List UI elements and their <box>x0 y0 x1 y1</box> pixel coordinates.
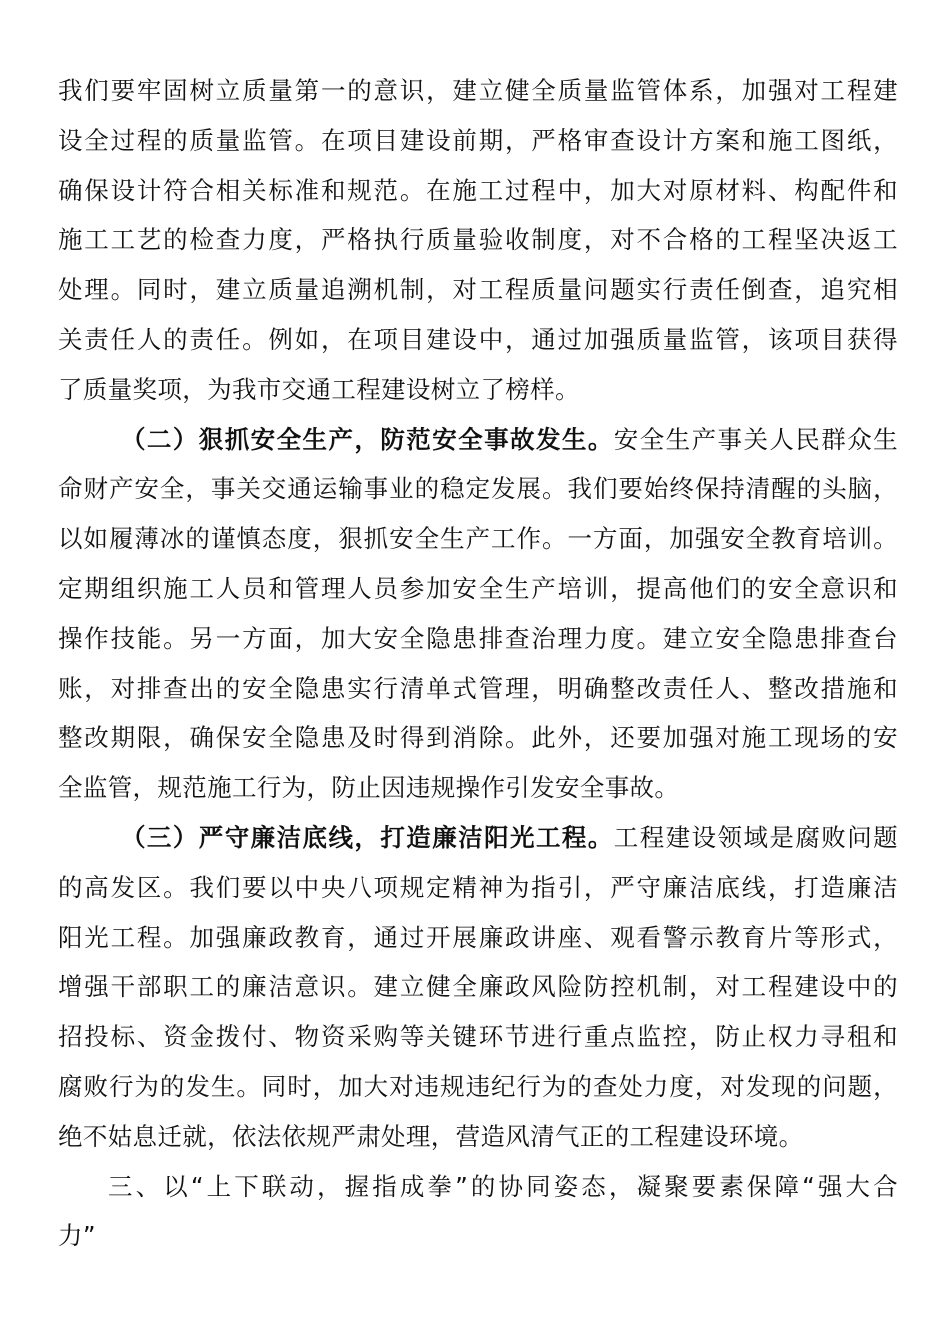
text-line: 招投标、资金拨付、物资采购等关键环节进行重点监控，防止权力寻租和 <box>58 1012 898 1062</box>
text-line: 设全过程的质量监管。在项目建设前期，严格审查设计方案和施工图纸， <box>58 116 898 166</box>
text-line: 处理。同时，建立质量追溯机制，对工程质量问题实行责任倒查，追究相 <box>58 265 898 315</box>
section-three-heading: 三、以“上下联动，握指成拳”的协同姿态，凝聚要素保障“强大合 力” <box>58 1162 898 1262</box>
heading-line: 力” <box>58 1211 898 1261</box>
paragraph-first-line: （三）严守廉洁底线，打造廉洁阳光工程。工程建设领域是腐败问题 <box>58 813 898 863</box>
text-line: 我们要牢固树立质量第一的意识，建立健全质量监管体系，加强对工程建 <box>58 66 898 116</box>
text-run: 工程建设领域是腐败问题 <box>614 823 898 852</box>
text-line: 命财产安全，事关交通运输事业的稳定发展。我们要始终保持清醒的头脑， <box>58 464 898 514</box>
text-line: 了质量奖项，为我市交通工程建设树立了榜样。 <box>58 365 898 415</box>
paragraph-first-line: （二）狠抓安全生产，防范安全事故发生。安全生产事关人民群众生 <box>58 415 898 465</box>
text-line: 关责任人的责任。例如，在项目建设中，通过加强质量监管，该项目获得 <box>58 315 898 365</box>
paragraph-safety: （二）狠抓安全生产，防范安全事故发生。安全生产事关人民群众生 命财产安全，事关交… <box>58 415 898 813</box>
paragraph-integrity: （三）严守廉洁底线，打造廉洁阳光工程。工程建设领域是腐败问题 的高发区。我们要以… <box>58 813 898 1162</box>
text-line: 确保设计符合相关标准和规范。在施工过程中，加大对原材料、构配件和 <box>58 166 898 216</box>
paragraph-quality: 我们要牢固树立质量第一的意识，建立健全质量监管体系，加强对工程建 设全过程的质量… <box>58 66 898 415</box>
section-heading-safety: （二）狠抓安全生产，防范安全事故发生。 <box>121 425 614 454</box>
text-line: 施工工艺的检查力度，严格执行质量验收制度，对不合格的工程坚决返工 <box>58 215 898 265</box>
text-line: 操作技能。另一方面，加大安全隐患排查治理力度。建立安全隐患排查台 <box>58 614 898 664</box>
text-line: 以如履薄冰的谨慎态度，狠抓安全生产工作。一方面，加强安全教育培训。 <box>58 514 898 564</box>
text-line: 腐败行为的发生。同时，加大对违规违纪行为的查处力度，对发现的问题， <box>58 1062 898 1112</box>
text-line: 整改期限，确保安全隐患及时得到消除。此外，还要加强对施工现场的安 <box>58 713 898 763</box>
text-line: 的高发区。我们要以中央八项规定精神为指引，严守廉洁底线，打造廉洁 <box>58 863 898 913</box>
text-line: 绝不姑息迁就，依法依规严肃处理，营造风清气正的工程建设环境。 <box>58 1112 898 1162</box>
text-line: 增强干部职工的廉洁意识。建立健全廉政风险防控机制，对工程建设中的 <box>58 962 898 1012</box>
text-line: 账，对排查出的安全隐患实行清单式管理，明确整改责任人、整改措施和 <box>58 664 898 714</box>
text-line: 阳光工程。加强廉政教育，通过开展廉政讲座、观看警示教育片等形式， <box>58 913 898 963</box>
heading-line: 三、以“上下联动，握指成拳”的协同姿态，凝聚要素保障“强大合 <box>58 1162 898 1212</box>
text-line: 全监管，规范施工行为，防止因违规操作引发安全事故。 <box>58 763 898 813</box>
section-heading-integrity: （三）严守廉洁底线，打造廉洁阳光工程。 <box>121 823 614 852</box>
text-line: 定期组织施工人员和管理人员参加安全生产培训，提高他们的安全意识和 <box>58 564 898 614</box>
text-run: 安全生产事关人民群众生 <box>614 425 898 454</box>
document-page: 我们要牢固树立质量第一的意识，建立健全质量监管体系，加强对工程建 设全过程的质量… <box>58 66 898 1261</box>
